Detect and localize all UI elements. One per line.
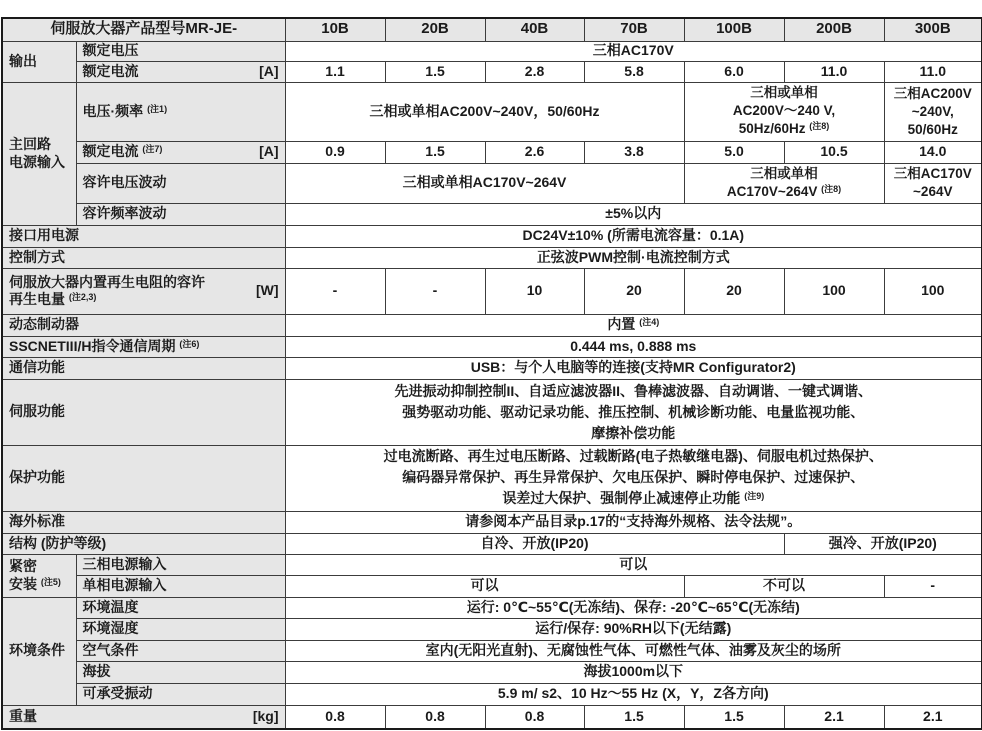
row-label-main-rated-current: 额定电流 (注7)[A] [76,141,285,163]
model-header-20b: 20B [385,18,485,41]
row-label-voltage-freq: 电压·频率 (注1) [76,82,285,141]
main-rated-current-10b: 0.9 [285,141,385,163]
group-main-circuit: 主回路 电源输入 [2,82,76,225]
text-line: AC170V~264V (注8) [687,183,882,202]
dynamic-brake-value: 内置 (注4) [285,314,982,336]
model-header-70b: 70B [584,18,684,41]
voltage-fluctuation-10b-70b: 三相或单相AC170V~264V [285,163,684,203]
text-line: 摩擦补偿功能 [288,423,980,444]
voltage-freq-note: (注1) [147,104,167,114]
row-label-rated-voltage: 额定电压 [76,41,285,61]
rated-current-100b: 6.0 [684,61,784,82]
regenerative-20b: - [385,268,485,314]
ambient-temp-value: 运行: 0℃~55℃(无冻结)、保存: -20℃~65℃(无冻结) [285,597,982,618]
regenerative-label: 伺服放大器内置再生电阻的容许 再生电量 (注2,3) [9,274,205,309]
main-rated-current-300b: 14.0 [884,141,982,163]
row-label-freq-fluctuation: 容许频率波动 [76,203,285,225]
main-rated-current-40b: 2.6 [485,141,584,163]
model-header-40b: 40B [485,18,584,41]
servo-functions-value: 先进振动抑制控制II、自适应滤波器II、鲁棒滤波器、自动调谐、一键式调谐、 强势… [285,379,982,445]
model-header-300b: 300B [884,18,982,41]
text-line: AC200V～240 V, [687,102,882,120]
row-label-single-phase-input: 单相电源输入 [76,575,285,597]
row-label-regenerative: 伺服放大器内置再生电阻的容许 再生电量 (注2,3) [W] [2,268,285,314]
text-line: 编码器异常保护、再生异常保护、欠电压保护、瞬时停电保护、过速保护、 [288,467,980,488]
regenerative-100b: 20 [684,268,784,314]
servo-amplifier-spec-table: 伺服放大器产品型号MR-JE- 10B 20B 40B 70B 100B 200… [1,17,982,730]
row-label-communication: 通信功能 [2,357,285,379]
weight-200b: 2.1 [784,705,884,729]
row-label-interface-power: 接口用电源 [2,225,285,247]
row-label-vibration: 可承受振动 [76,683,285,705]
rated-current-40b: 2.8 [485,61,584,82]
regenerative-40b: 10 [485,268,584,314]
row-label-ambient-temp: 环境温度 [76,597,285,618]
communication-value: USB：与个人电脑等的连接(支持MR Configurator2) [285,357,982,379]
rated-current-200b: 11.0 [784,61,884,82]
row-label-ambient-humidity: 环境湿度 [76,618,285,640]
text-line: 三相或单相 [687,165,882,183]
voltage-fluctuation-300b: 三相AC170V ~264V [884,163,982,203]
row-label-weight: 重量[kg] [2,705,285,729]
text-line: 误差过大保护、强制停止减速停止功能 (注9) [288,488,980,511]
regenerative-unit: [W] [256,282,279,300]
regenerative-70b: 20 [584,268,684,314]
text-line: ~264V [887,183,980,201]
single-phase-input-10b-70b: 可以 [285,575,684,597]
voltage-fluctuation-note: (注8) [821,184,841,194]
weight-10b: 0.8 [285,705,385,729]
text-line: 强势驱动功能、驱动记录功能、推压控制、机械诊断功能、电量监视功能、 [288,402,980,423]
close-mounting-note: (注5) [41,577,61,587]
text-line: 过电流断路、再生过电压断路、过载断路(电子热敏继电器)、伺服电机过热保护、 [288,446,980,467]
text-line: 50Hz/60Hz (注8) [687,120,882,139]
voltage-freq-100-200-note: (注8) [809,121,829,131]
rated-current-label: 额定电流 [83,63,139,81]
rated-current-20b: 1.5 [385,61,485,82]
row-label-protective-functions: 保护功能 [2,445,285,511]
vibration-value: 5.9 m/ s2、10 Hz～55 Hz (X，Y，Z各方向) [285,683,982,705]
main-rated-current-20b: 1.5 [385,141,485,163]
protective-functions-value: 过电流断路、再生过电压断路、过载断路(电子热敏继电器)、伺服电机过热保护、 编码… [285,445,982,511]
row-label-overseas: 海外标准 [2,511,285,533]
regenerative-200b: 100 [784,268,884,314]
weight-300b: 2.1 [884,705,982,729]
three-phase-input-value: 可以 [285,554,982,575]
sscnet-value: 0.444 ms, 0.888 ms [285,336,982,357]
model-header-100b: 100B [684,18,784,41]
freq-fluctuation-value: ±5%以内 [285,203,982,225]
row-label-altitude: 海拔 [76,661,285,683]
main-rated-current-note: (注7) [142,144,162,154]
structure-self-cooling: 自冷、开放(IP20) [285,533,784,554]
protective-functions-note: (注9) [744,491,764,501]
voltage-freq-10b-70b: 三相或单相AC200V~240V，50/60Hz [285,82,684,141]
voltage-freq-label: 电压·频率 [83,103,144,119]
sscnet-note: (注6) [179,339,199,349]
ambient-humidity-value: 运行/保存: 90%RH以下(无结露) [285,618,982,640]
interface-power-value: DC24V±10% (所需电流容量：0.1A) [285,225,982,247]
weight-unit: [kg] [253,708,279,726]
row-label-rated-current: 额定电流[A] [76,61,285,82]
weight-100b: 1.5 [684,705,784,729]
main-rated-current-100b: 5.0 [684,141,784,163]
voltage-freq-300b: 三相AC200V ~240V, 50/60Hz [884,82,982,141]
rated-current-10b: 1.1 [285,61,385,82]
model-header-200b: 200B [784,18,884,41]
structure-forced-cooling: 强冷、开放(IP20) [784,533,982,554]
voltage-freq-100b-200b: 三相或单相 AC200V～240 V, 50Hz/60Hz (注8) [684,82,884,141]
single-phase-input-300b: - [884,575,982,597]
main-rated-current-70b: 3.8 [584,141,684,163]
main-rated-current-label: 额定电流 (注7) [83,143,163,161]
rated-current-unit: [A] [259,63,278,81]
row-label-sscnet: SSCNETIII/H指令通信周期 (注6) [2,336,285,357]
text-line: 三相AC170V [887,165,980,183]
regenerative-300b: 100 [884,268,982,314]
group-output: 输出 [2,41,76,82]
row-label-three-phase-input: 三相电源输入 [76,554,285,575]
rated-current-70b: 5.8 [584,61,684,82]
weight-label: 重量 [9,708,37,726]
control-method-value: 正弦波PWM控制·电流控制方式 [285,247,982,268]
weight-20b: 0.8 [385,705,485,729]
text-line: 三相AC200V [887,85,980,103]
row-label-servo-functions: 伺服功能 [2,379,285,445]
altitude-value: 海拔1000m以下 [285,661,982,683]
main-rated-current-200b: 10.5 [784,141,884,163]
regenerative-note: (注2,3) [69,292,97,302]
row-label-dynamic-brake: 动态制动器 [2,314,285,336]
row-label-atmosphere: 空气条件 [76,640,285,661]
rated-current-300b: 11.0 [884,61,982,82]
text-line: ~240V, [887,103,980,121]
text-line: 先进振动抑制控制II、自适应滤波器II、鲁棒滤波器、自动调谐、一键式调谐、 [288,381,980,402]
group-environment: 环境条件 [2,597,76,705]
single-phase-input-100b-200b: 不可以 [684,575,884,597]
group-close-mounting: 紧密 安装 (注5) [2,554,76,597]
rated-voltage-value: 三相AC170V [285,41,982,61]
overseas-value: 请参阅本产品目录p.17的“支持海外规格、法令法规”。 [285,511,982,533]
text-line: 三相或单相 [687,84,882,102]
voltage-fluctuation-100b-200b: 三相或单相 AC170V~264V (注8) [684,163,884,203]
row-label-control-method: 控制方式 [2,247,285,268]
table-title: 伺服放大器产品型号MR-JE- [2,18,285,41]
weight-70b: 1.5 [584,705,684,729]
text-line: 50/60Hz [887,121,980,139]
regenerative-10b: - [285,268,385,314]
weight-40b: 0.8 [485,705,584,729]
dynamic-brake-note: (注4) [639,317,659,327]
row-label-structure: 结构 (防护等级) [2,533,285,554]
main-rated-current-unit: [A] [259,143,278,161]
atmosphere-value: 室内(无阳光直射)、无腐蚀性气体、可燃性气体、油雾及灰尘的场所 [285,640,982,661]
row-label-voltage-fluctuation: 容许电压波动 [76,163,285,203]
model-header-10b: 10B [285,18,385,41]
